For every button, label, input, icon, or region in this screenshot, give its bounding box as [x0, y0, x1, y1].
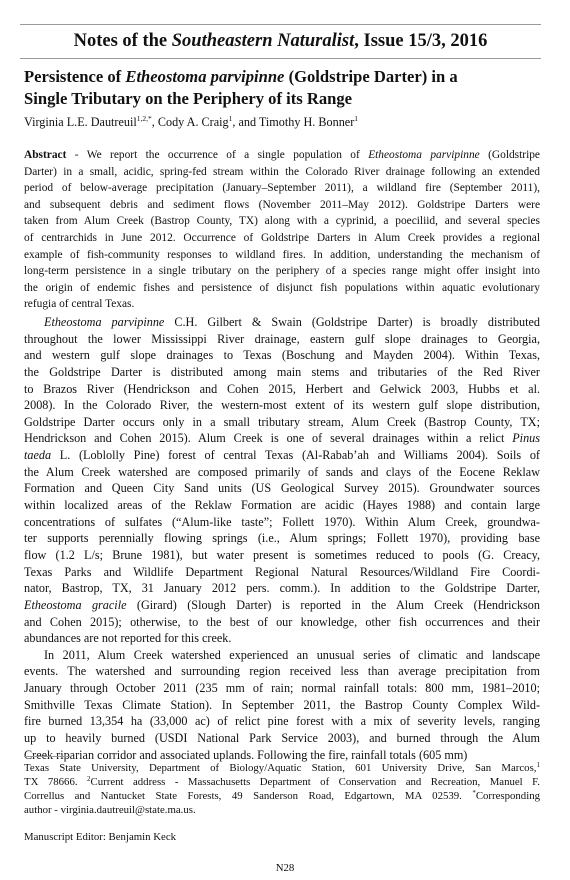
text-run: nator, Bastrop, TX, 31 January 2012 pers…: [24, 581, 540, 595]
body-line: the Alum Creek watershed are composed pr…: [24, 464, 540, 481]
text-run: refugia of central Texas.: [24, 298, 134, 310]
title-species: Etheostoma parvipinne: [125, 67, 284, 86]
body-line: concentrations of sulfates (“Alum-like t…: [24, 514, 540, 531]
text-run: of centrarchids in June 2012. Occurrence…: [24, 232, 540, 244]
text-run: Corresponding: [476, 790, 540, 802]
body-line: flow (1.2 L/s; Brune 1981), but water pr…: [24, 547, 540, 564]
text-run: the Alum Creek watershed are composed pr…: [24, 465, 540, 479]
text-run: Hendrickson and Cohen 2015). Alum Creek …: [24, 431, 512, 445]
body-line: Etheostoma parvipinne C.H. Gilbert & Swa…: [24, 314, 540, 331]
footnote-rule: [24, 756, 72, 757]
italic-term: Etheostoma gracile: [24, 598, 126, 612]
text-run: In 2011, Alum Creek watershed experience…: [44, 648, 540, 662]
author-affiliation: 1: [354, 114, 358, 123]
author-list: Virginia L.E. Dautreuil1,2,*, Cody A. Cr…: [24, 114, 358, 130]
body-line: Goldstripe Darter occurs only in a small…: [24, 414, 540, 431]
abstract-line: Abstract - We report the occurrence of a…: [24, 147, 540, 164]
header-prefix: Notes of the: [74, 31, 172, 51]
author: Cody A. Craig1, and: [158, 115, 259, 129]
body-line: events. The watershed and surrounding re…: [24, 663, 540, 680]
italic-term: Etheostoma parvipinne: [44, 315, 164, 329]
text-run: ter supports perennially flowing springs…: [24, 531, 540, 545]
text-run: 2008). In the Colorado River, the wester…: [24, 398, 540, 412]
abstract-line: taken from Alum Creek (Bastrop County, T…: [24, 213, 540, 230]
text-run: and Cohen 2015); otherwise, to the best …: [24, 615, 540, 629]
text-run: the origin of endemic fishes and persist…: [24, 282, 540, 294]
text-run: and subsequent debris and sediment flows…: [24, 199, 540, 211]
author-affiliation: 1,2,*: [137, 114, 152, 123]
abstract-line: Darter) in a small, acidic, spring-fed s…: [24, 164, 540, 181]
abstract-line: period of below-average precipitation (J…: [24, 180, 540, 197]
text-run: Formation and Queen City Sand units (US …: [24, 481, 540, 495]
abstract-line: and subsequent debris and sediment flows…: [24, 197, 540, 214]
body-line: Hendrickson and Cohen 2015). Alum Creek …: [24, 430, 540, 447]
journal-name: Southeastern Naturalist: [172, 31, 355, 51]
abstract-line: of centrarchids in June 2012. Occurrence…: [24, 230, 540, 247]
body-line: and western gulf slope drainages to Texa…: [24, 347, 540, 364]
body-line: Formation and Queen City Sand units (US …: [24, 480, 540, 497]
text-run: - We report the occurrence of a single p…: [66, 149, 368, 161]
footnote-line: Correllus and Nantucket State Forests, 4…: [24, 789, 540, 803]
author-name: Timothy H. Bonner: [259, 115, 354, 129]
text-run: (Girard) (Slough Darter) is reported in …: [126, 598, 540, 612]
text-run: Correllus and Nantucket State Forests, 4…: [24, 790, 472, 802]
text-run: taken from Alum Creek (Bastrop County, T…: [24, 215, 540, 227]
abstract: Abstract - We report the occurrence of a…: [24, 147, 540, 313]
title-text: Persistence of: [24, 67, 125, 86]
body-line: fire burned 13,354 ha (33,000 ac) of rel…: [24, 713, 540, 730]
text-run: concentrations of sulfates (“Alum-like t…: [24, 515, 540, 529]
text-run: to Brazos River (Hendrickson and Cohen 2…: [24, 382, 540, 396]
italic-term: Etheostoma parvipinne: [368, 149, 480, 161]
text-run: Creek riparian corridor and associated u…: [24, 748, 467, 762]
body-line: 2008). In the Colorado River, the wester…: [24, 397, 540, 414]
body-line: the Goldstripe Darter is distributed amo…: [24, 364, 540, 381]
journal-header: Notes of the Southeastern Naturalist, Is…: [20, 29, 541, 53]
abstract-line: example of fish-community responses to w…: [24, 247, 540, 264]
text-run: and western gulf slope drainages to Texa…: [24, 348, 540, 362]
title-line-1: Persistence of Etheostoma parvipinne (Go…: [24, 66, 544, 88]
author: Timothy H. Bonner1: [259, 115, 358, 129]
text-run: events. The watershed and surrounding re…: [24, 664, 540, 678]
body-line: within localized areas of the Reklaw For…: [24, 497, 540, 514]
body-line: Smithville Texas Climate Station). In Se…: [24, 697, 540, 714]
text-run: long-term persistence in a single tribut…: [24, 265, 540, 277]
text-run: TX 78666.: [24, 776, 87, 788]
text-run: Darter) in a small, acidic, spring-fed s…: [24, 166, 540, 178]
body-line: to Brazos River (Hendrickson and Cohen 2…: [24, 381, 540, 398]
text-run: abundances are not reported for this cre…: [24, 631, 231, 645]
abstract-line: the origin of endemic fishes and persist…: [24, 280, 540, 297]
body-line: Texas Parks and Wildlife Department Regi…: [24, 564, 540, 581]
text-run: Smithville Texas Climate Station). In Se…: [24, 698, 540, 712]
body-line: January through October 2011 (235 mm of …: [24, 680, 540, 697]
text-run: period of below-average precipitation (J…: [24, 182, 540, 194]
footnote-line: Texas State University, Department of Bi…: [24, 761, 540, 775]
italic-term: taeda: [24, 448, 51, 462]
text-run: example of fish-community responses to w…: [24, 249, 540, 261]
body-line: throughout the lower Mississippi River d…: [24, 331, 540, 348]
title-line-2: Single Tributary on the Periphery of its…: [24, 88, 544, 110]
header-issue: , Issue 15/3, 2016: [354, 31, 487, 51]
text-run: Current address - Massachusetts Departme…: [91, 776, 540, 788]
body-line: In 2011, Alum Creek watershed experience…: [24, 647, 540, 664]
text-run: within localized areas of the Reklaw For…: [24, 498, 540, 512]
article-title: Persistence of Etheostoma parvipinne (Go…: [24, 66, 544, 110]
italic-term: Pinus: [512, 431, 540, 445]
author-name: Cody A. Craig: [158, 115, 229, 129]
text-run: throughout the lower Mississippi River d…: [24, 332, 540, 346]
body-line: ter supports perennially flowing springs…: [24, 530, 540, 547]
body-line: and Cohen 2015); otherwise, to the best …: [24, 614, 540, 631]
text-run: (Goldstripe: [480, 149, 540, 161]
footnote-marker: 1: [537, 761, 541, 769]
title-text: (Goldstripe Darter) in a: [284, 67, 457, 86]
header-top-rule: [20, 24, 541, 25]
text-run: January through October 2011 (235 mm of …: [24, 681, 540, 695]
author-name: Virginia L.E. Dautreuil: [24, 115, 137, 129]
footnote-line: TX 78666. 2Current address - Massachuset…: [24, 775, 540, 789]
abstract-line: long-term persistence in a single tribut…: [24, 263, 540, 280]
manuscript-editor: Manuscript Editor: Benjamin Keck: [24, 830, 176, 844]
page-number: N28: [0, 861, 570, 875]
body-line: taeda L. (Loblolly Pine) forest of centr…: [24, 447, 540, 464]
text-run: Goldstripe Darter occurs only in a small…: [24, 415, 540, 429]
author: Virginia L.E. Dautreuil1,2,*,: [24, 115, 158, 129]
text-run: Texas State University, Department of Bi…: [24, 762, 537, 774]
text-run: up to heavily burned (USDI National Park…: [24, 731, 540, 745]
footnotes: Texas State University, Department of Bi…: [24, 761, 540, 817]
text-run: Texas Parks and Wildlife Department Regi…: [24, 565, 540, 579]
abstract-line: refugia of central Texas.: [24, 296, 540, 313]
body-line: abundances are not reported for this cre…: [24, 630, 540, 647]
body-line: nator, Bastrop, TX, 31 January 2012 pers…: [24, 580, 540, 597]
text-run: fire burned 13,354 ha (33,000 ac) of rel…: [24, 714, 540, 728]
body-line: Etheostoma gracile (Girard) (Slough Dart…: [24, 597, 540, 614]
author-separator: , and: [232, 115, 259, 129]
text-run: the Goldstripe Darter is distributed amo…: [24, 365, 540, 379]
header-bottom-rule: [20, 58, 541, 59]
abstract-label: Abstract: [24, 149, 66, 161]
body-text: Etheostoma parvipinne C.H. Gilbert & Swa…: [24, 314, 540, 763]
body-line: up to heavily burned (USDI National Park…: [24, 730, 540, 747]
text-run: author - virginia.dautreuil@state.ma.us.: [24, 804, 196, 816]
text-run: L. (Loblolly Pine) forest of central Tex…: [51, 448, 540, 462]
text-run: C.H. Gilbert & Swain (Goldstripe Darter)…: [164, 315, 540, 329]
text-run: flow (1.2 L/s; Brune 1981), but water pr…: [24, 548, 540, 562]
footnote-line: author - virginia.dautreuil@state.ma.us.: [24, 803, 540, 817]
